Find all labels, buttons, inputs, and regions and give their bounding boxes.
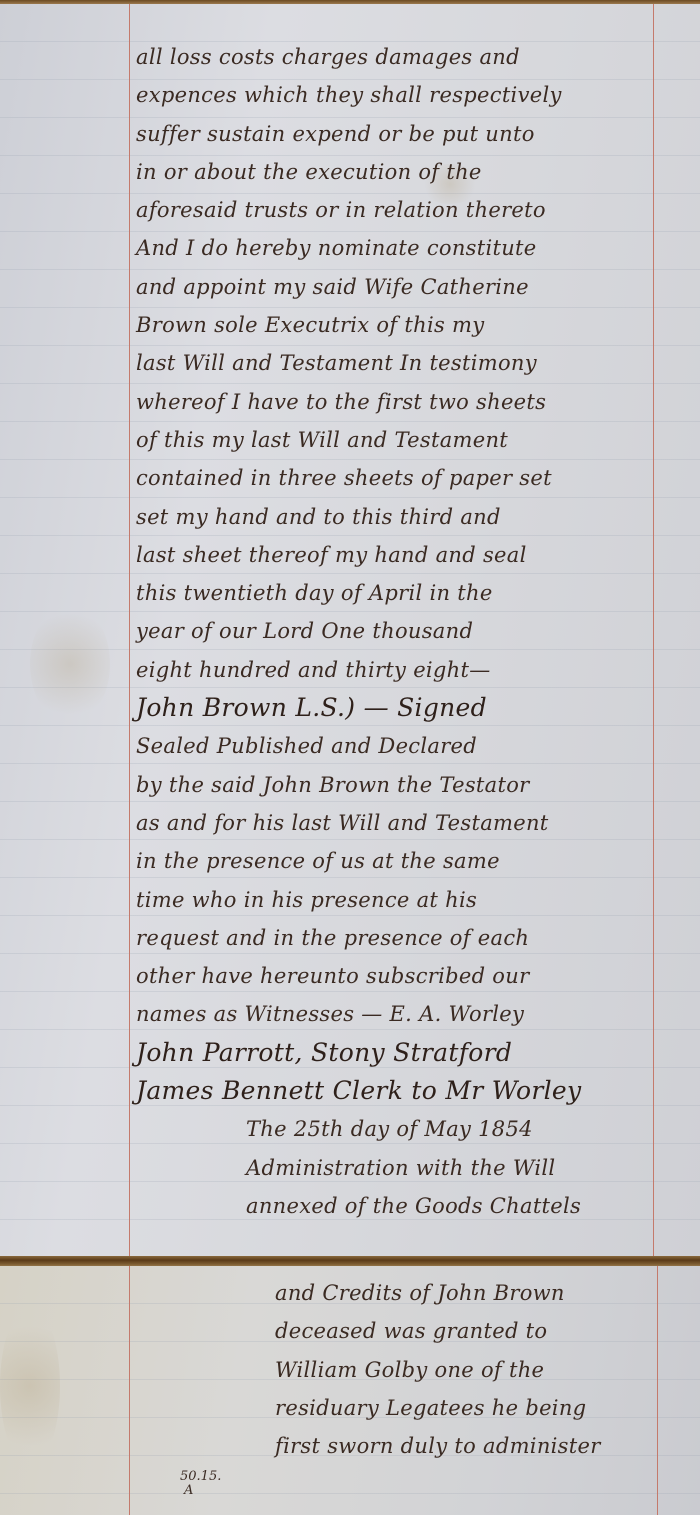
text-line: by the said John Brown the Testator (136, 766, 656, 804)
text-line: Brown sole Executrix of this my (136, 306, 656, 344)
text-line: residuary Legatees he being (275, 1389, 665, 1427)
paper-stain (30, 604, 110, 724)
text-line: as and for his last Will and Testament (136, 804, 656, 842)
lower-text-block: and Credits of John Brown deceased was g… (275, 1274, 665, 1465)
upper-page: all loss costs charges damages and expen… (0, 4, 700, 1258)
text-line: and appoint my said Wife Catherine (136, 268, 656, 306)
text-line: other have hereunto subscribed our (136, 957, 656, 995)
witness-signature-line: John Parrott, Stony Stratford (136, 1034, 656, 1072)
text-line: of this my last Will and Testament (136, 421, 656, 459)
text-line: last Will and Testament In testimony (136, 344, 656, 382)
text-line: last sheet thereof my hand and seal (136, 536, 656, 574)
text-line: first sworn duly to administer (275, 1427, 665, 1465)
text-line: annexed of the Goods Chattels (136, 1187, 656, 1225)
folio-note: 50.15. A (180, 1470, 221, 1498)
text-line: and Credits of John Brown (275, 1274, 665, 1312)
testator-signature-line: John Brown L.S.) — Signed (136, 689, 656, 727)
text-line: suffer sustain expend or be put unto (136, 115, 656, 153)
text-line: request and in the presence of each (136, 919, 656, 957)
left-margin-rule (129, 4, 130, 1258)
text-line: Administration with the Will (136, 1149, 656, 1187)
text-line: set my hand and to this third and (136, 498, 656, 536)
text-line: all loss costs charges damages and (136, 38, 656, 76)
witness-signature-line: James Bennett Clerk to Mr Worley (136, 1072, 656, 1110)
text-line: William Golby one of the (275, 1351, 665, 1389)
text-line: contained in three sheets of paper set (136, 459, 656, 497)
witness-line: names as Witnesses — E. A. Worley (136, 995, 656, 1033)
text-line: aforesaid trusts or in relation thereto (136, 191, 656, 229)
text-line: whereof I have to the first two sheets (136, 383, 656, 421)
text-line: expences which they shall respectively (136, 76, 656, 114)
upper-text-block: all loss costs charges damages and expen… (136, 38, 656, 1225)
text-line: year of our Lord One thousand (136, 612, 656, 650)
text-line: time who in his presence at his (136, 881, 656, 919)
text-line: deceased was granted to (275, 1312, 665, 1350)
text-line: And I do hereby nominate constitute (136, 229, 656, 267)
folio-initial: A (180, 1484, 221, 1498)
text-line: Sealed Published and Declared (136, 727, 656, 765)
text-line: in the presence of us at the same (136, 842, 656, 880)
folio-number: 50.15. (180, 1470, 221, 1484)
lower-page: and Credits of John Brown deceased was g… (0, 1266, 700, 1515)
text-line: this twentieth day of April in the (136, 574, 656, 612)
text-line: eight hundred and thirty eight— (136, 651, 656, 689)
paper-stain (0, 1306, 60, 1466)
left-margin-rule (129, 1266, 130, 1515)
text-line: in or about the execution of the (136, 153, 656, 191)
administration-date-line: The 25th day of May 1854 (136, 1110, 656, 1148)
